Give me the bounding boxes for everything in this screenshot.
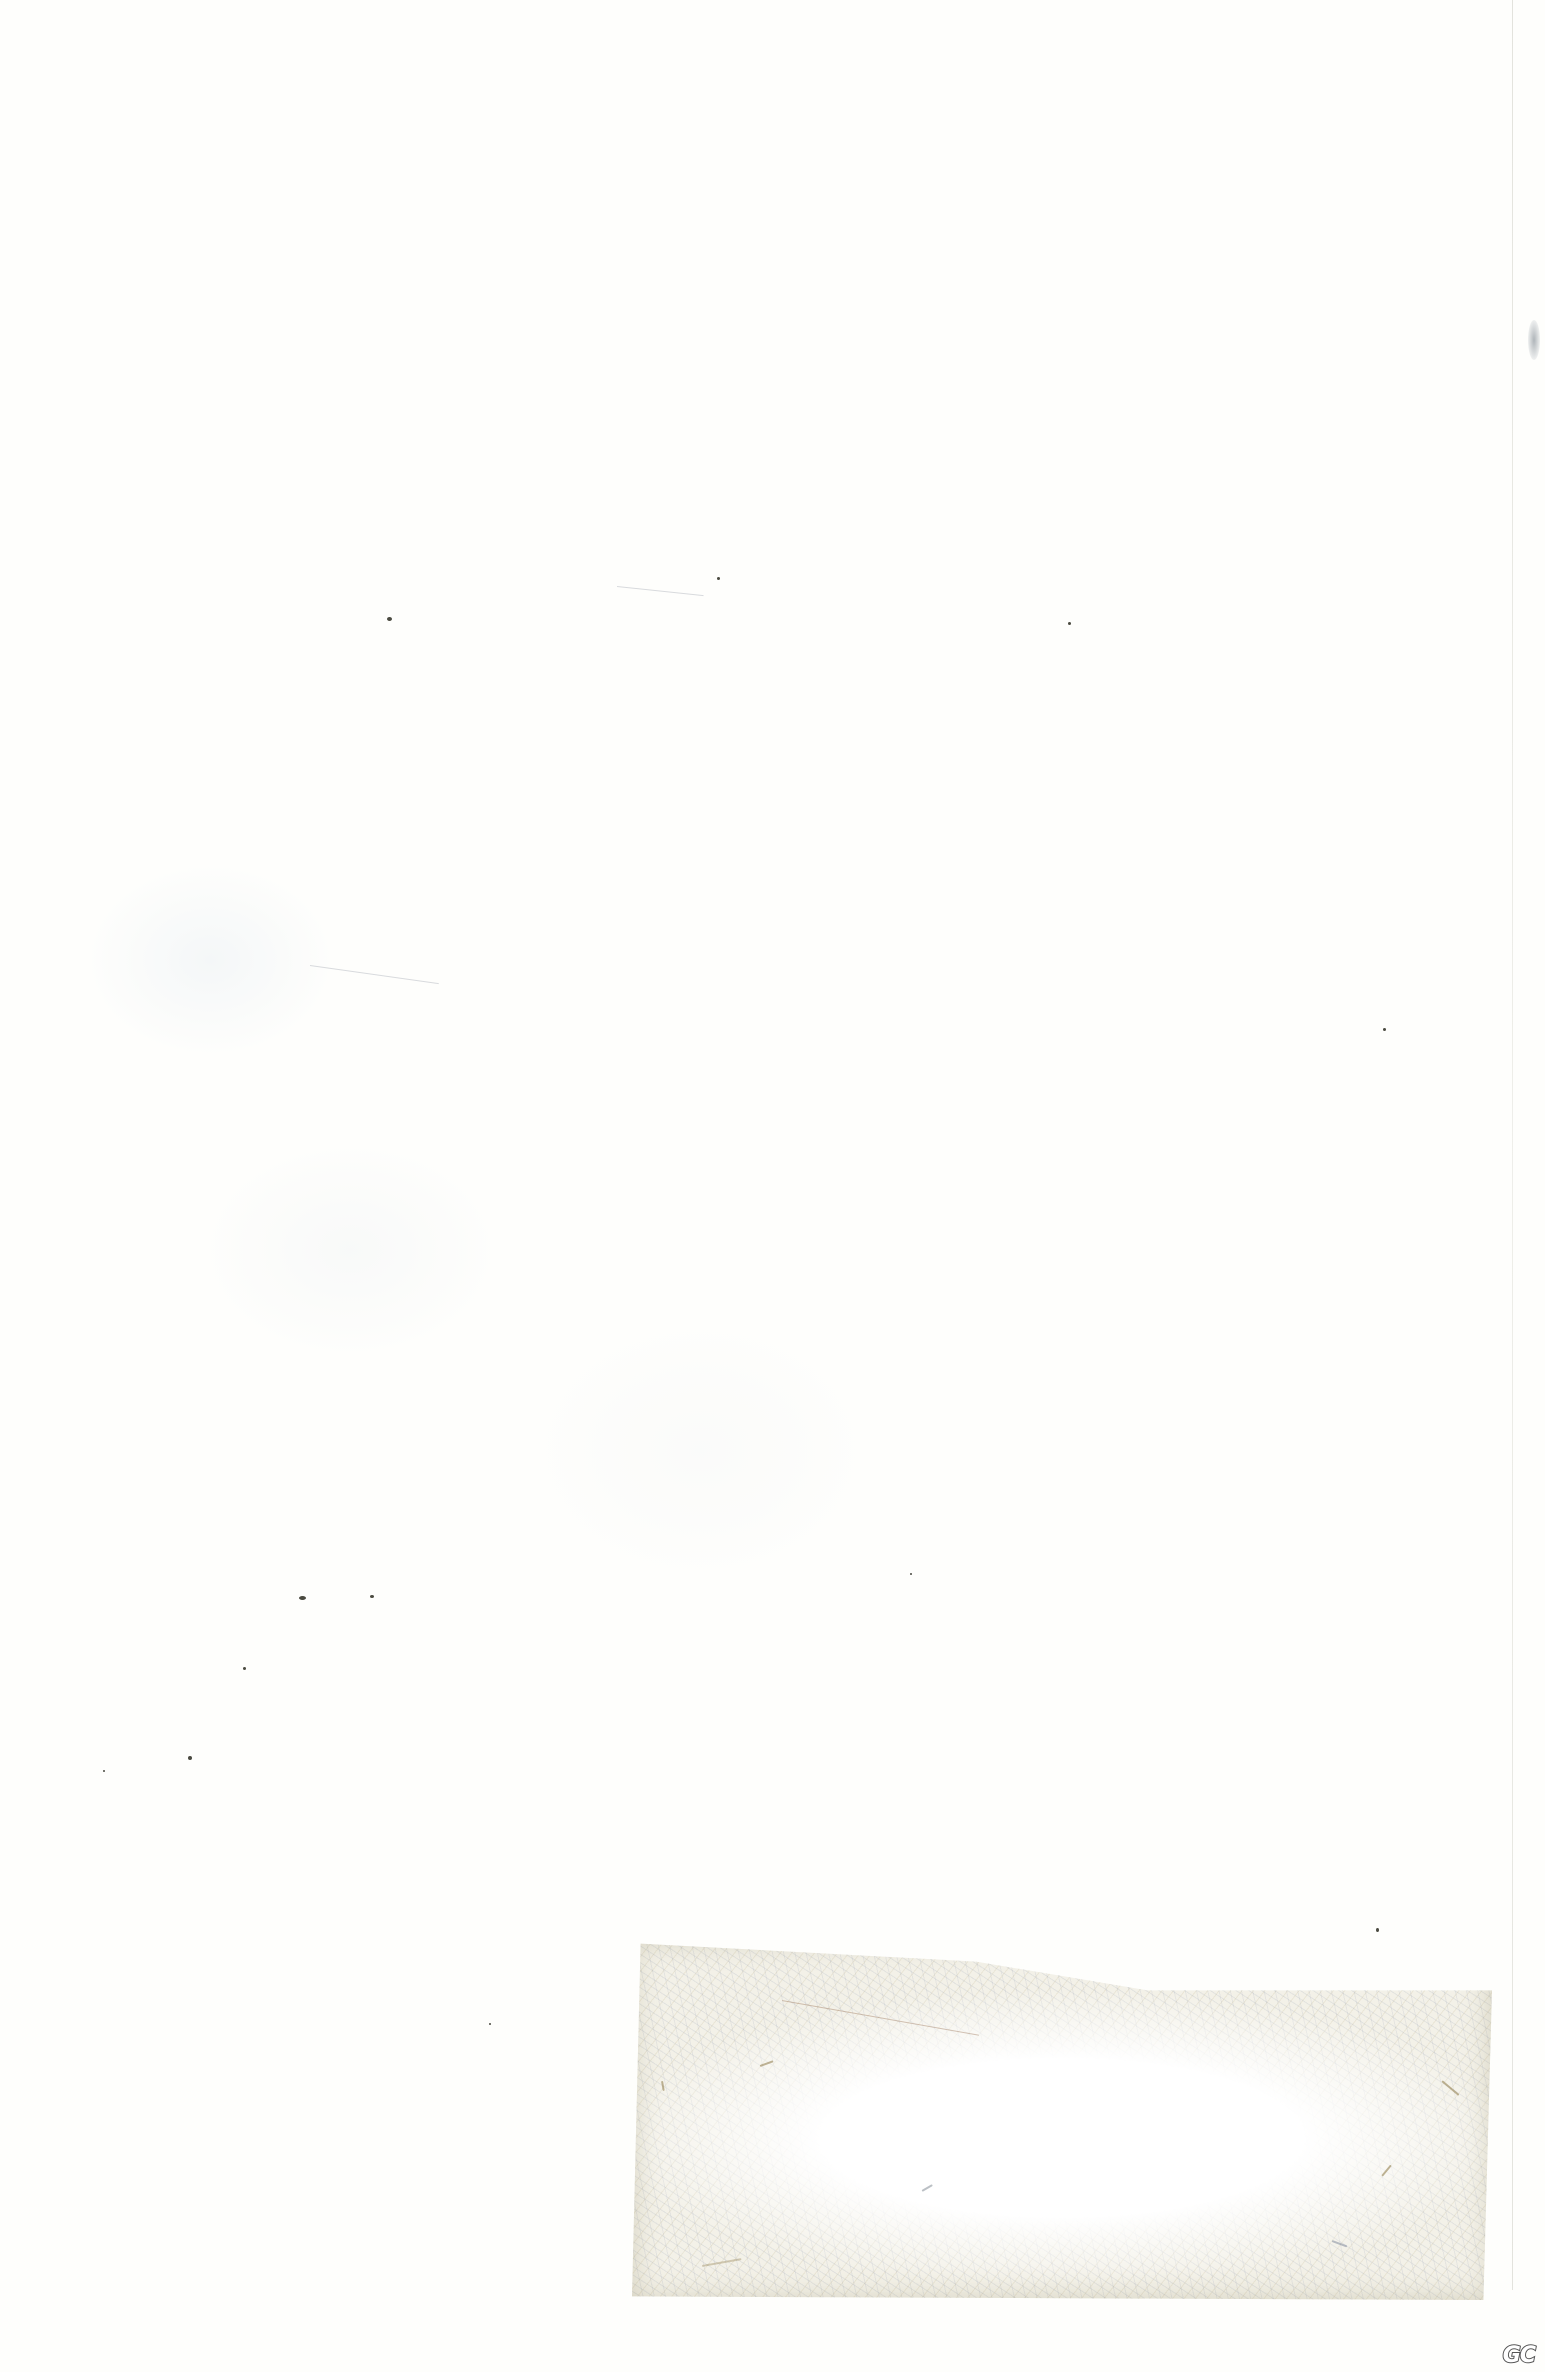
paper-speck [1068, 622, 1071, 625]
paper-speck [387, 617, 392, 621]
patch-fiber [661, 2081, 665, 2091]
paper-speck [370, 1595, 374, 1598]
patch-fiber [760, 2060, 774, 2067]
patch-fiber [1441, 2080, 1459, 2096]
paper-speck [299, 1596, 306, 1600]
paper-speck [1376, 1928, 1379, 1932]
paper-patch [632, 1940, 1492, 2300]
paper-speck [717, 577, 720, 580]
paper-scratch [617, 586, 704, 596]
patch-fiber [702, 2258, 742, 2267]
paper-edge-line [1512, 0, 1513, 2290]
patch-fiber [782, 2000, 979, 2036]
patch-fiber [1332, 2240, 1348, 2247]
paper-speck [188, 1756, 192, 1760]
paper-edge-smudge [1528, 320, 1540, 360]
patch-fiber [1381, 2165, 1392, 2177]
paper-speck [243, 1667, 246, 1670]
watermark-logo: GC [1503, 2343, 1535, 2368]
paper-speck [1383, 1028, 1386, 1031]
paper-speck [103, 1770, 105, 1772]
patch-fiber [922, 2184, 933, 2192]
paper-speck [489, 2023, 491, 2025]
scanned-page: GC [0, 0, 1545, 2372]
paper-scratch [310, 965, 439, 984]
paper-speck [910, 1573, 912, 1575]
